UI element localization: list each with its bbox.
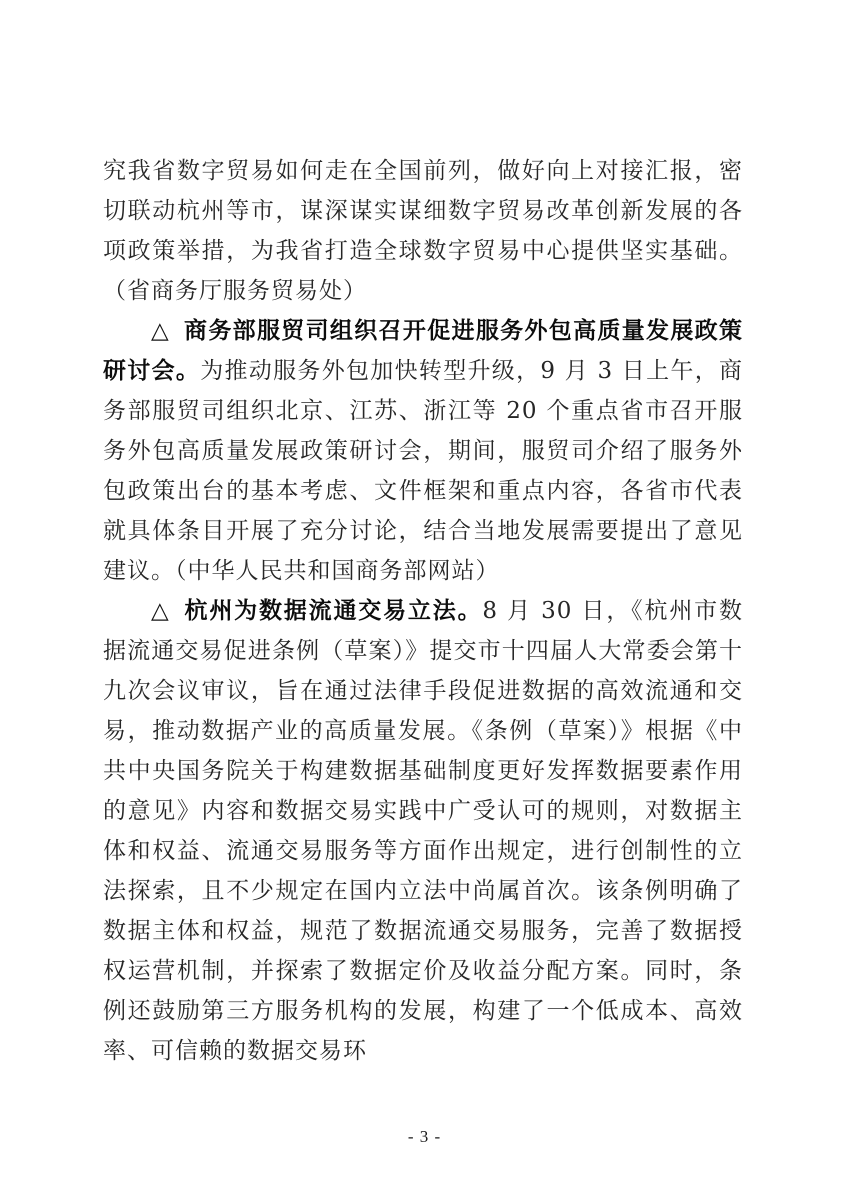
item-body: 为推动服务外包加快转型升级，9 月 3 日上午，商务部服贸司组织北京、江苏、浙江…	[103, 358, 743, 584]
triangle-bullet: △	[151, 317, 170, 344]
document-page: 究我省数字贸易如何走在全国前列，做好向上对接汇报，密切联动杭州等市，谋深谋实谋细…	[0, 0, 849, 1200]
paragraph-news-item: △商务部服贸司组织召开促进服务外包高质量发展政策研讨会。为推动服务外包加快转型升…	[103, 311, 743, 591]
item-title: 杭州为数据流通交易立法。	[185, 597, 483, 624]
page-number: - 3 -	[0, 1127, 849, 1147]
paragraph-continuation: 究我省数字贸易如何走在全国前列，做好向上对接汇报，密切联动杭州等市，谋深谋实谋细…	[103, 151, 743, 311]
item-body: 8 月 30 日，《杭州市数据流通交易促进条例（草案）》提交市十四届人大常委会第…	[103, 598, 743, 1064]
triangle-bullet: △	[151, 597, 171, 624]
paragraph-news-item: △杭州为数据流通交易立法。8 月 30 日，《杭州市数据流通交易促进条例（草案）…	[103, 591, 743, 1071]
text-block: 究我省数字贸易如何走在全国前列，做好向上对接汇报，密切联动杭州等市，谋深谋实谋细…	[103, 151, 743, 1071]
paragraph-text: 究我省数字贸易如何走在全国前列，做好向上对接汇报，密切联动杭州等市，谋深谋实谋细…	[103, 158, 743, 304]
